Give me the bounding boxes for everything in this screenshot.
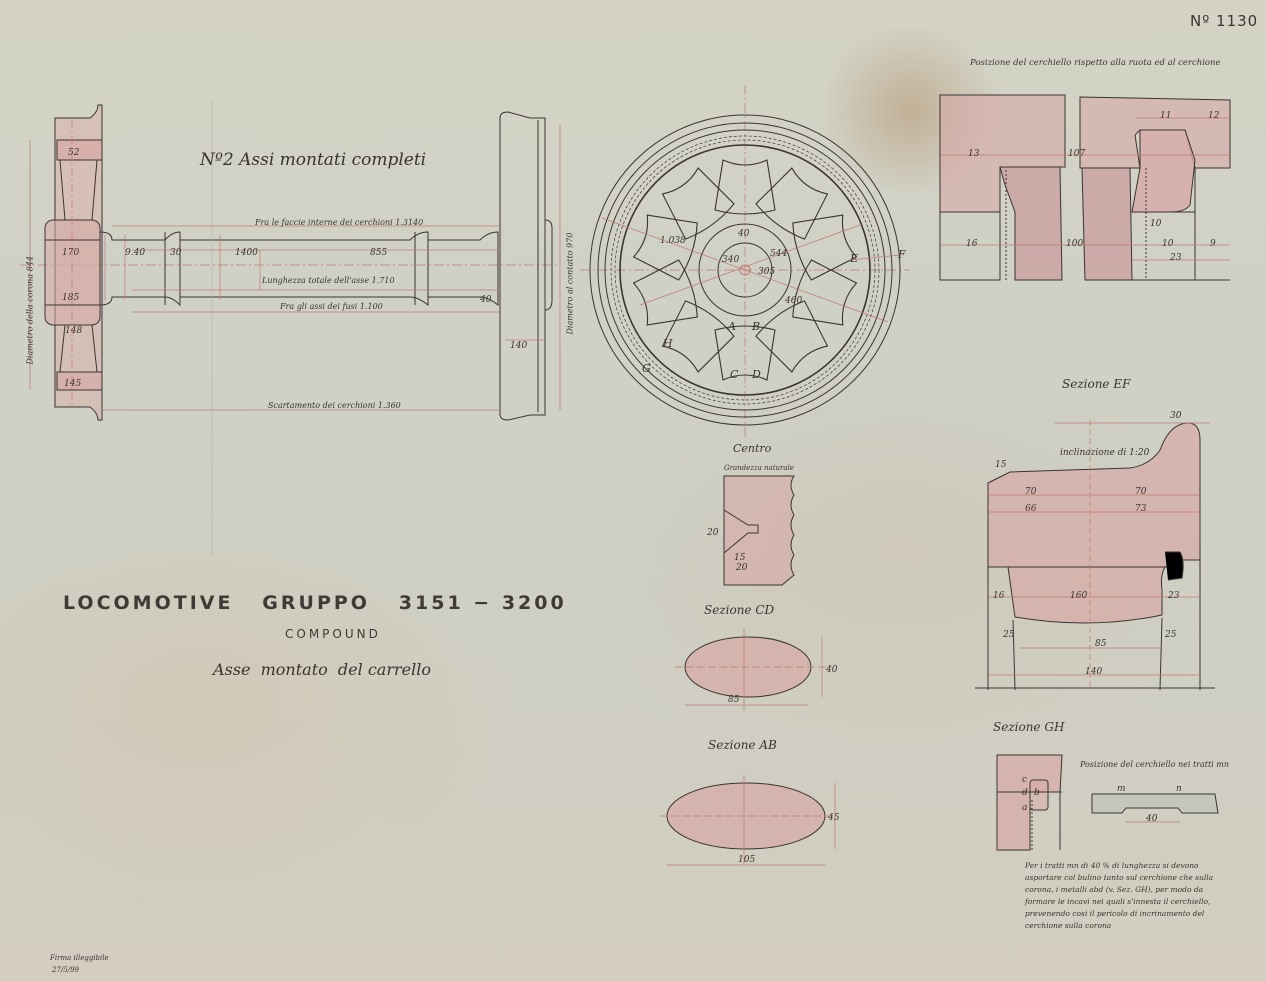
- svg-text:16: 16: [966, 239, 978, 249]
- svg-text:23: 23: [1169, 253, 1182, 263]
- svg-text:H: H: [662, 337, 673, 350]
- svg-text:85: 85: [1095, 639, 1107, 649]
- drawing-title: LOCOMOTIVE GRUPPO 3151 − 3200: [63, 592, 567, 614]
- label-contact-diameter: Diametro al contatto 970: [566, 195, 575, 335]
- svg-text:20: 20: [735, 563, 748, 573]
- svg-text:185: 185: [62, 293, 79, 303]
- axle-heading: Nº2 Assi montati completi: [200, 150, 426, 170]
- svg-text:15: 15: [995, 460, 1007, 470]
- svg-text:340: 340: [722, 255, 739, 265]
- centro-detail: [724, 476, 794, 585]
- label-tread-diameter: Diametro della corona 844: [26, 225, 35, 365]
- svg-text:305: 305: [758, 267, 775, 277]
- tire-position-heading: Posizione del cerchiello rispetto alla r…: [970, 58, 1221, 68]
- svg-text:70: 70: [1135, 487, 1147, 497]
- svg-text:170: 170: [62, 248, 79, 258]
- svg-text:544: 544: [770, 249, 787, 259]
- svg-text:73: 73: [1135, 504, 1147, 514]
- svg-text:F: F: [897, 248, 906, 261]
- svg-text:20: 20: [706, 528, 719, 538]
- svg-text:16: 16: [993, 591, 1005, 601]
- svg-text:23: 23: [1167, 591, 1180, 601]
- svg-text:148: 148: [65, 326, 82, 336]
- notes-text: Per i tratti mn di 40 % di lunghezza si …: [1025, 860, 1235, 932]
- svg-text:inclinazione di 1:20: inclinazione di 1:20: [1060, 448, 1150, 458]
- svg-text:15: 15: [734, 553, 746, 563]
- svg-text:c: c: [1022, 775, 1027, 785]
- technical-drawing: 52 170 185 148 145 9.40 1400 855 30 140 …: [0, 0, 1266, 981]
- svg-text:D: D: [751, 368, 761, 381]
- section-gh-subheading: Posizione del cerchiello nei tratti mn: [1080, 760, 1229, 769]
- svg-text:a: a: [1022, 803, 1027, 813]
- signature: Firma illeggibile: [50, 954, 109, 962]
- svg-text:160: 160: [1070, 591, 1087, 601]
- drawing-sheet: Nº 1130: [0, 0, 1266, 981]
- label-tire-spacing: Scartamento dei cerchioni 1.360: [268, 401, 401, 410]
- svg-text:100: 100: [1066, 239, 1083, 249]
- svg-text:E: E: [849, 252, 858, 265]
- drawing-description: Asse montato del carrello: [213, 660, 431, 679]
- svg-text:B: B: [751, 320, 760, 333]
- centro-heading: Centro: [733, 442, 771, 455]
- svg-text:A: A: [727, 320, 736, 333]
- svg-text:460: 460: [784, 296, 802, 306]
- section-ef-heading: Sezione EF: [1062, 377, 1130, 391]
- svg-text:n: n: [1176, 784, 1182, 794]
- svg-text:70: 70: [1025, 487, 1037, 497]
- svg-text:40: 40: [1145, 814, 1158, 824]
- svg-text:25: 25: [1164, 630, 1177, 640]
- svg-text:9: 9: [1210, 239, 1216, 249]
- svg-text:52: 52: [68, 148, 80, 158]
- svg-text:145: 145: [64, 379, 81, 389]
- centro-note: Grandezza naturale: [724, 464, 794, 472]
- svg-text:30: 30: [170, 248, 182, 258]
- drawing-date: 27/5/99: [52, 966, 79, 974]
- svg-text:140: 140: [1085, 667, 1102, 677]
- svg-text:10: 10: [1150, 219, 1162, 229]
- label-journal-centers: Fra gli assi dei fusi 1.100: [280, 302, 383, 311]
- svg-text:G: G: [642, 362, 651, 375]
- svg-text:C: C: [730, 368, 739, 381]
- section-gh-heading: Sezione GH: [993, 720, 1064, 734]
- svg-text:d: d: [1022, 788, 1028, 798]
- label-total-length: Lunghezza totale dell'asse 1.710: [262, 276, 395, 285]
- svg-text:107: 107: [1068, 149, 1085, 159]
- svg-text:9.40: 9.40: [125, 248, 145, 258]
- svg-text:1400: 1400: [235, 248, 258, 258]
- svg-text:11: 11: [1160, 111, 1171, 121]
- svg-text:m: m: [1117, 784, 1126, 794]
- svg-text:b: b: [1034, 788, 1040, 798]
- svg-text:140: 140: [510, 341, 527, 351]
- svg-text:10: 10: [1162, 239, 1174, 249]
- svg-text:45: 45: [827, 813, 840, 823]
- svg-text:85: 85: [728, 695, 740, 705]
- svg-text:1.038: 1.038: [660, 236, 686, 246]
- section-cd-heading: Sezione CD: [704, 603, 774, 617]
- svg-text:13: 13: [968, 149, 980, 159]
- svg-text:12: 12: [1208, 111, 1220, 121]
- svg-text:40: 40: [825, 665, 838, 675]
- svg-text:66: 66: [1025, 504, 1037, 514]
- svg-text:40: 40: [737, 229, 750, 239]
- svg-text:30: 30: [1170, 411, 1182, 421]
- section-ab-heading: Sezione AB: [708, 738, 777, 752]
- svg-text:25: 25: [1002, 630, 1015, 640]
- svg-text:855: 855: [370, 248, 387, 258]
- svg-text:105: 105: [738, 855, 755, 865]
- svg-text:40: 40: [479, 295, 492, 305]
- drawing-subtitle: COMPOUND: [285, 627, 381, 641]
- label-inner-faces: Fra le faccie interne dei cerchioni 1.31…: [255, 218, 423, 227]
